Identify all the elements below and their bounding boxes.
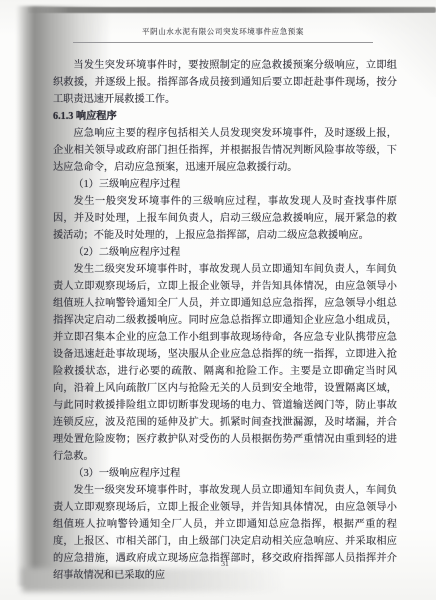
paragraph: 发生一级突发环境事件时，事故发现人员立即通知车间负责人，车间负责人立即观察现场后…	[53, 482, 397, 584]
sub-heading-level1-response: （3）一级响应程序过程	[53, 465, 397, 482]
document-body: 当发生突发环境事件时，要按照制定的应急救援预案分级响应，立即组织救援，并逐级上报…	[53, 57, 397, 584]
scanned-page: 平阴山水水泥有限公司突发环境事件应急预案 当发生突发环境事件时，要按照制定的应急…	[0, 0, 436, 600]
sub-heading-level2-response: （2）二级响应程序过程	[53, 244, 397, 261]
paragraph: 应急响应主要的程序包括相关人员发现突发环境事件，及时逐级上报，企业相关领导或政府…	[53, 125, 397, 176]
paragraph: 发生一般突发环境事件的三级响应过程，事故发现人及时查找事件原因，并及时处理，上报…	[53, 193, 397, 244]
page-number: 31	[53, 559, 397, 568]
header-title: 平阴山水水泥有限公司突发环境事件应急预案	[73, 26, 373, 43]
sub-heading-level3-response: （1）三级响应程序过程	[53, 176, 397, 193]
paragraph: 当发生突发环境事件时，要按照制定的应急救援预案分级响应，立即组织救援，并逐级上报…	[53, 57, 397, 108]
paragraph: 发生二级突发环境事件时，事故发现人员立即通知车间负责人，车间负责人立即观察现场后…	[53, 261, 397, 465]
section-heading: 6.1.3 响应程序	[53, 108, 397, 125]
